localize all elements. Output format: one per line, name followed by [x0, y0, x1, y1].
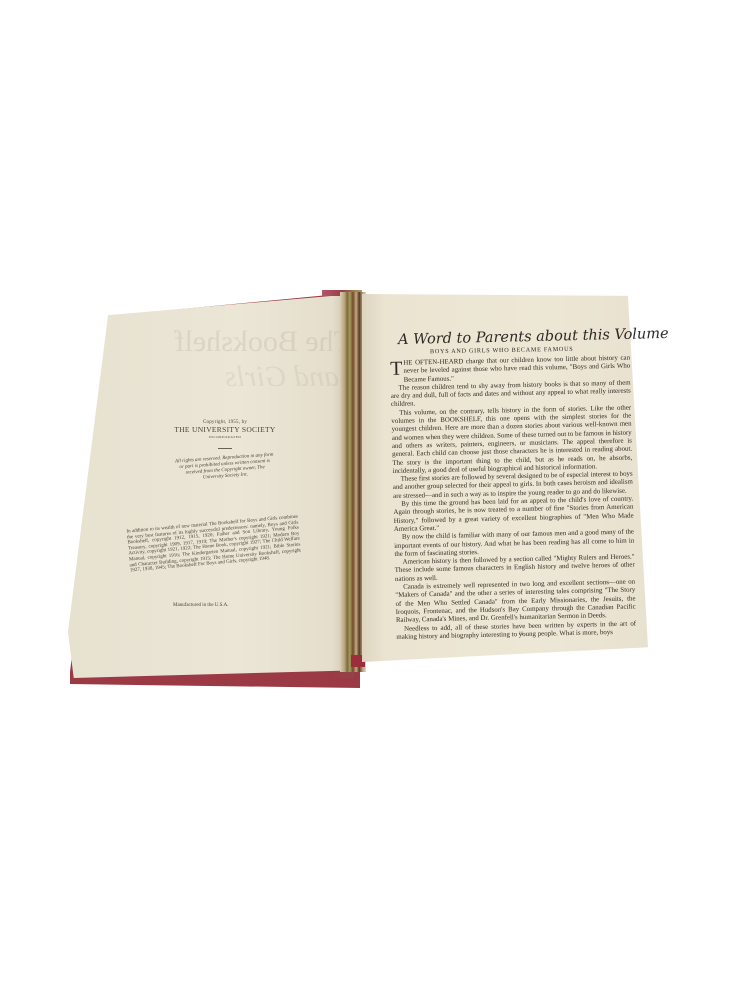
body-text: THE OFTEN-HEARD charge that our children…	[390, 355, 636, 642]
copyright-block: Copyright, 1955, by THE UNIVERSITY SOCIE…	[150, 420, 300, 480]
lead-in: HE OFTEN-HEARD	[403, 358, 463, 366]
manufactured-label: Manufactured in the U.S.A.	[173, 603, 229, 608]
photo-scene: The Bookshelf Boys and Girls Copyright, …	[0, 0, 750, 1000]
divider-rule	[218, 448, 232, 449]
bleed-through-title: The Bookshelf	[212, 325, 352, 359]
paragraph-5: By this time the ground has been laid fo…	[393, 496, 634, 535]
paragraph-3: This volume, on the contrary, tells hist…	[391, 404, 632, 476]
drop-cap: T	[390, 361, 403, 377]
rights-notice: All rights are reserved. Reproduction in…	[174, 453, 275, 484]
incorporated-label: INCORPORATED	[150, 435, 300, 439]
publisher-name: THE UNIVERSITY SOCIETY	[150, 425, 300, 434]
paragraph-8: Canada is extremely well represented in …	[395, 579, 636, 626]
page-number: iii	[519, 632, 523, 637]
